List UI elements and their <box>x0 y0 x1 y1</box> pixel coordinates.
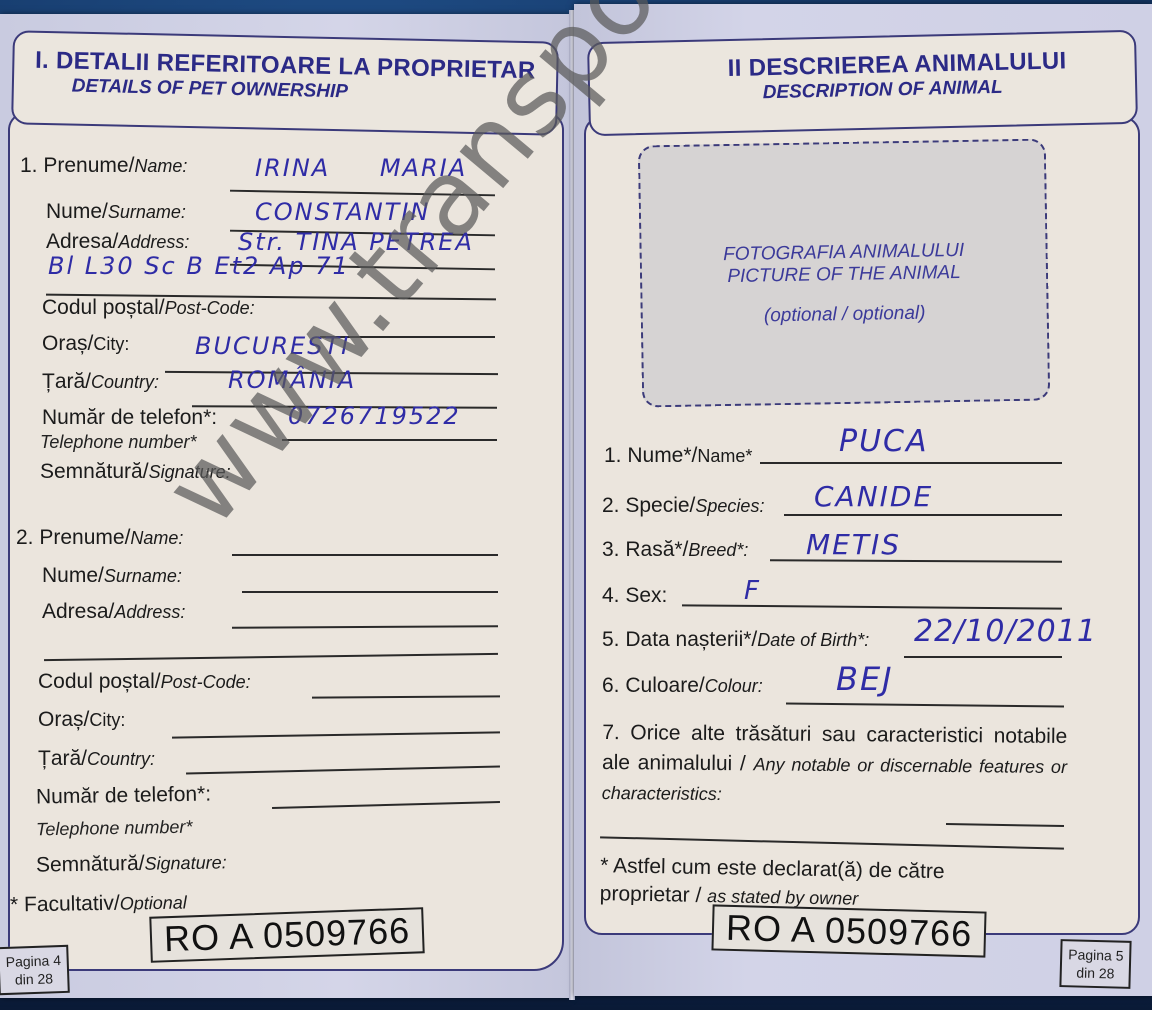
owner1-city-value[interactable]: BUCURESTI <box>195 332 350 360</box>
passport-number: RO A 0509766 <box>149 907 425 963</box>
animal-features-label: 7. Orice alte trăsături sau caracteristi… <box>602 718 1068 812</box>
owner1-first-name-label: 1. Prenume/Name: <box>20 154 187 178</box>
owner1-city-label: Oraș/City: <box>42 332 129 356</box>
owner2-surname-label: Nume/Surname: <box>42 564 182 588</box>
animal-breed-value[interactable]: METIS <box>806 528 901 561</box>
label-ro: 2. Specie/ <box>602 494 695 517</box>
animal-sex-label: 4. Sex: <box>602 584 667 608</box>
label-ro: Prenume/ <box>43 154 134 177</box>
owner2-surname-field[interactable] <box>242 591 498 593</box>
animal-species-label: 2. Specie/Species: <box>602 494 764 518</box>
label-ro: Semnătură/ <box>36 852 145 877</box>
page-number-5: Pagina 5 din 28 <box>1059 939 1132 989</box>
footnote-ro: * Facultativ/ <box>10 892 120 917</box>
label-en: Surname: <box>108 202 186 222</box>
label-ro: Prenume/ <box>39 526 130 549</box>
label-en: Species: <box>695 496 764 516</box>
owner1-postcode-label: Codul poștal/Post-Code: <box>42 296 255 320</box>
owner2-first-name-field[interactable] <box>232 554 498 556</box>
page-label: Pagina 4 <box>5 951 61 971</box>
label-en: Breed*: <box>688 540 748 560</box>
owner2-postcode-label: Codul poștal/Post-Code: <box>38 670 251 694</box>
animal-breed-label: 3. Rasă*/Breed*: <box>602 538 748 562</box>
label-en: Colour: <box>705 676 763 696</box>
photo-optional-note: (optional / optional) <box>643 300 1047 329</box>
label-en: Post-Code: <box>161 672 251 692</box>
passport-number: RO A 0509766 <box>711 904 986 957</box>
label-en: Country: <box>87 749 155 769</box>
label-en: Post-Code: <box>165 298 255 318</box>
owner1-address-label: Adresa/Address: <box>46 230 189 254</box>
animal-species-value[interactable]: CANIDE <box>814 480 933 513</box>
label-ro: Nume/ <box>42 564 104 587</box>
animal-colour-value[interactable]: BEJ <box>836 660 894 698</box>
label-en: Name: <box>130 528 183 548</box>
label-en: Date of Birth*: <box>757 630 869 650</box>
owner1-surname-label: Nume/Surname: <box>46 200 186 224</box>
owner2-address-label: Adresa/Address: <box>42 600 185 624</box>
label-en: Surname: <box>104 566 182 586</box>
label-ro: Țară/ <box>42 370 91 393</box>
passport-page-5: II DESCRIEREA ANIMALULUI DESCRIPTION OF … <box>574 4 1152 996</box>
owner1-country-label: Țară/Country: <box>42 370 159 394</box>
animal-sex-value[interactable]: F <box>744 576 761 606</box>
label-en: Name: <box>134 156 187 176</box>
footnote-en: Optional <box>120 892 187 913</box>
optional-footnote: * Facultativ/Optional <box>10 890 187 917</box>
owner2-signature-label: Semnătură/Signature: <box>36 850 227 877</box>
owner2-phone-label: Număr de telefon*: <box>36 782 212 809</box>
page-total: din 28 <box>1068 963 1124 982</box>
owner2-country-label: Țară/Country: <box>38 747 155 771</box>
owner1-phone-value[interactable]: 0726719522 <box>288 402 461 430</box>
label-ro: Codul poștal/ <box>42 296 165 319</box>
field-underline <box>760 462 1062 464</box>
animal-colour-label: 6. Culoare/Colour: <box>602 674 763 698</box>
animal-name-value[interactable]: PUCA <box>839 424 929 459</box>
label-ro: Adresa/ <box>46 230 118 253</box>
label-ro: Țară/ <box>38 747 87 770</box>
page-total: din 28 <box>6 969 62 989</box>
owner1-index: 1. <box>20 154 38 177</box>
owner2-phone-label-en: Telephone number* <box>36 817 193 841</box>
label-ro: Semnătură/ <box>40 460 149 483</box>
owner-section-header: I. DETALII REFERITOARE LA PROPRIETAR DET… <box>11 30 559 135</box>
owner1-surname-value[interactable]: CONSTANTIN <box>255 198 430 226</box>
owner1-signature-label: Semnătură/Signature: <box>40 460 231 484</box>
label-en: Country: <box>91 372 159 392</box>
field-underline <box>282 439 497 441</box>
label-ro: Codul poștal/ <box>38 670 161 693</box>
animal-photo-placeholder[interactable]: FOTOGRAFIA ANIMALULUI PICTURE OF THE ANI… <box>638 138 1051 407</box>
owner1-phone-label-en: Telephone number* <box>40 432 196 453</box>
label-ro: 1. Nume*/ <box>604 444 697 467</box>
label-ro: Oraș/ <box>38 708 89 731</box>
label-en: Signature: <box>144 852 226 873</box>
label-ro: Adresa/ <box>42 600 114 623</box>
animal-section-header: II DESCRIEREA ANIMALULUI DESCRIPTION OF … <box>587 30 1138 136</box>
label-en: City: <box>93 334 129 354</box>
owner2-city-label: Oraș/City: <box>38 708 125 732</box>
animal-dob-label: 5. Data nașterii*/Date of Birth*: <box>602 628 869 652</box>
owner2-index: 2. <box>16 526 34 549</box>
field-underline <box>784 514 1062 516</box>
label-ro: 3. Rasă*/ <box>602 538 688 561</box>
owner1-country-value[interactable]: ROMÂNIA <box>228 366 356 394</box>
label-ro: Nume/ <box>46 200 108 223</box>
animal-dob-value[interactable]: 22/10/2011 <box>914 614 1097 649</box>
label-en: Name* <box>697 446 752 466</box>
label-en: City: <box>89 710 125 730</box>
label-en: Address: <box>114 602 185 622</box>
page-label: Pagina 5 <box>1068 945 1124 964</box>
page-number-4: Pagina 4 din 28 <box>0 945 70 995</box>
label-en: Signature: <box>149 462 231 482</box>
owner1-first-name-value[interactable]: IRINA MARIA <box>255 154 467 182</box>
animal-name-label: 1. Nume*/Name* <box>604 444 752 468</box>
label-en: Address: <box>118 232 189 252</box>
label-ro: 5. Data nașterii*/ <box>602 628 757 651</box>
label-ro: 6. Culoare/ <box>602 674 705 697</box>
field-underline <box>904 656 1062 658</box>
passport-page-4: I. DETALII REFERITOARE LA PROPRIETAR DET… <box>0 14 572 998</box>
owner1-phone-label: Număr de telefon*: <box>42 406 217 430</box>
owner2-first-name-label: 2. Prenume/Name: <box>16 526 183 550</box>
label-ro: Oraș/ <box>42 332 93 355</box>
owner1-address-value-line2[interactable]: Bl L30 Sc B Et2 Ap 71 <box>48 252 350 280</box>
